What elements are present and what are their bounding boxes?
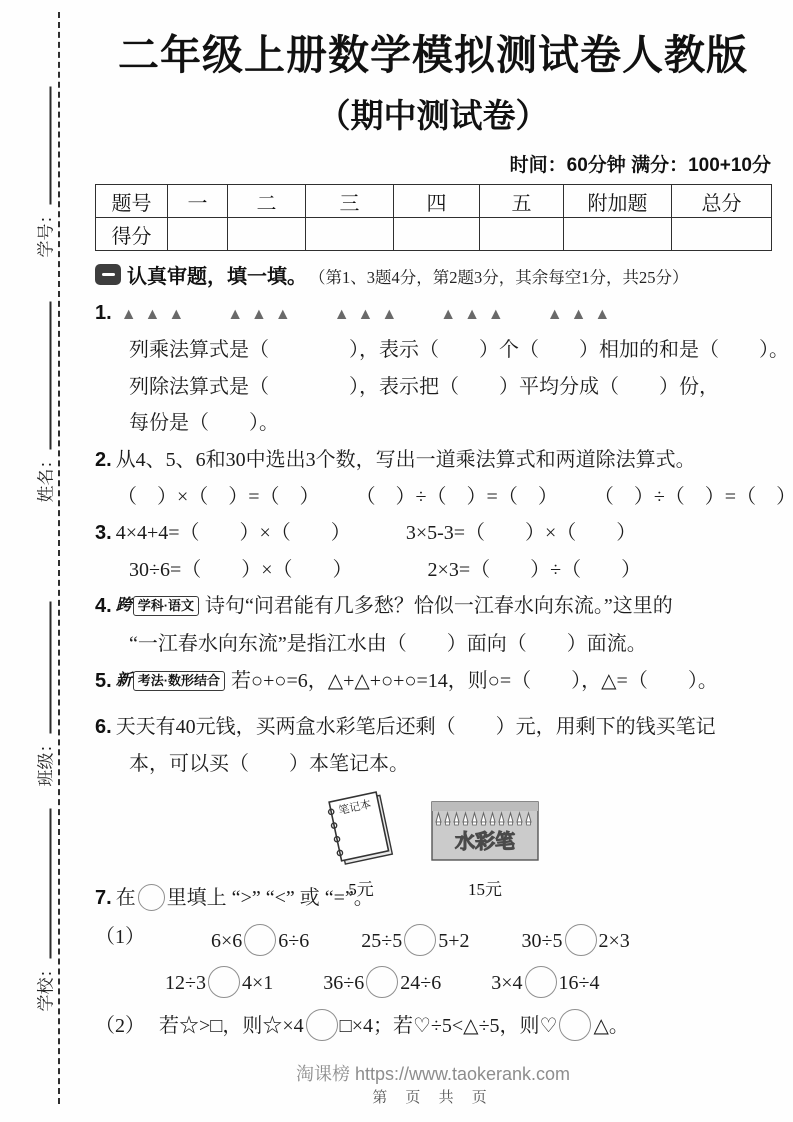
question-2-text: 2.从4、5、6和30中选出3个数，写出一道乘法算式和两道除法算式。: [95, 447, 771, 473]
q2-equation-3: （ ）÷（ ）=（ ）: [594, 484, 793, 510]
time-score-meta: 时间：60分钟 满分：100+10分: [95, 150, 771, 177]
score-empty-cell: [672, 218, 772, 251]
footer-watermark: 淘课榜 https://www.taokerank.com: [95, 1060, 771, 1086]
score-empty-cell: [228, 218, 306, 251]
page-title: 二年级上册数学模拟测试卷人教版: [95, 22, 771, 81]
q3-equation-4: 2×3=（ ）÷（ ）: [428, 559, 642, 581]
question-7-part2: （2）若☆>□，则☆×4□×4；若♡÷5<△÷5，则♡△。: [95, 1009, 771, 1041]
section-one-header: 认真审题，填一填。 （第1、3题4分，第2题3分，其余每空1分，共25分）: [95, 260, 771, 289]
section-one-title: 认真审题，填一填。: [127, 260, 307, 289]
question-1-figure: 1. ▲▲▲ ▲▲▲ ▲▲▲ ▲▲▲ ▲▲▲: [95, 300, 771, 328]
school-field: 学校：: [32, 809, 57, 1012]
class-blank: [35, 602, 51, 734]
question-3-line-1: 3.4×4+4=（ ）×（ ）3×5-3=（ ）×（ ）: [95, 520, 771, 546]
page-subtitle: （期中测试卷）: [95, 90, 771, 137]
answer-circle: [208, 966, 240, 998]
triangle-group-icon: ▲▲▲: [440, 306, 512, 323]
triangle-group-icon: ▲▲▲: [334, 306, 406, 323]
watercolor-box-label: 水彩笔: [455, 829, 515, 853]
question-1-line-3: 每份是（ ）。: [95, 410, 793, 436]
score-table-header-row: 题号 一 二 三 四 五 附加题 总分: [96, 185, 772, 218]
answer-circle: [244, 924, 276, 956]
score-header-cell: 题号: [96, 185, 168, 218]
question-6-line-2: 本，可以买（ ）本笔记本。: [95, 751, 793, 777]
question-1-line-2: 列除法算式是（ ），表示把（ ）平均分成（ ）份，: [95, 374, 793, 400]
q3-equation-3: 30÷6=（ ）×（ ）: [129, 559, 353, 581]
score-empty-cell: [306, 218, 394, 251]
score-header-cell: 二: [228, 185, 306, 218]
question-5-number: 5.: [95, 670, 112, 692]
q2-equation-1: （ ）×（ ）=（ ）: [117, 484, 320, 510]
answer-circle: [559, 1009, 591, 1041]
score-header-cell: 总分: [672, 185, 772, 218]
q2-equation-2: （ ）÷（ ）=（ ）: [356, 484, 558, 510]
student-id-field: 学号：: [32, 87, 57, 258]
student-id-label: 学号：: [37, 207, 56, 258]
part2-label: （2）: [95, 1015, 145, 1037]
question-2-number: 2.: [95, 449, 112, 471]
question-4-line-1: 4.跨学科·语文诗句“问君能有几多愁？恰似一江春水向东流。”这里的: [95, 593, 771, 619]
question-4-number: 4.: [95, 595, 112, 617]
triangle-group-icon: ▲▲▲: [547, 306, 619, 323]
score-empty-cell: [394, 218, 480, 251]
question-7-part1-row2: 12÷34×1 36÷624÷6 3×416÷4: [95, 966, 793, 998]
comparison-item: 6×66÷6: [211, 924, 309, 956]
answer-circle: [306, 1009, 338, 1041]
part1-label: （1）: [95, 924, 145, 956]
answer-circle: [565, 924, 597, 956]
question-6-line-1: 6.天天有40元钱，买两盒水彩笔后还剩（ ）元，用剩下的钱买笔记: [95, 714, 771, 740]
q3-equation-1: 4×4+4=（ ）×（ ）: [116, 522, 351, 544]
score-empty-cell: [480, 218, 564, 251]
question-3-number: 3.: [95, 522, 112, 544]
comparison-item: 3×416÷4: [491, 966, 599, 998]
question-5-text: 5.新考法·数形结合若○+○=6，△+△+○+○=14，则○=（ ），△=（ ）…: [95, 668, 771, 694]
question-4-line-2: “一江春水向东流”是指江水由（ ）面向（ ）面流。: [95, 631, 793, 657]
footer-page-indicator: 第 页 共 页: [95, 1086, 771, 1107]
test-paper-page: 学号： 姓名： 班级： 学校： 二年级上册数学模拟测试卷人教版 （期中测试卷） …: [0, 0, 793, 1122]
class-field: 班级：: [32, 602, 57, 787]
answer-circle: [138, 884, 165, 911]
student-id-blank: [35, 87, 51, 205]
name-label: 姓名：: [37, 452, 56, 503]
question-6-pictures: 笔记本 5元: [95, 786, 793, 900]
section-one-badge-icon: [95, 264, 121, 285]
cross-subject-badge: 跨学科·语文: [116, 593, 199, 619]
watercolor-pens-image: 水彩笔: [426, 796, 544, 868]
question-7-number: 7.: [95, 887, 112, 909]
score-header-cell: 一: [168, 185, 228, 218]
score-header-cell: 四: [394, 185, 480, 218]
question-2-equations: （ ）×（ ）=（ ） （ ）÷（ ）=（ ） （ ）÷（ ）=（ ）: [95, 484, 793, 510]
name-blank: [35, 302, 51, 450]
score-table-score-row: 得分: [96, 218, 772, 251]
triangle-group-icon: ▲▲▲: [121, 306, 193, 323]
answer-circle: [404, 924, 436, 956]
score-header-cell: 五: [480, 185, 564, 218]
paper-content: 二年级上册数学模拟测试卷人教版 （期中测试卷） 时间：60分钟 满分：100+1…: [95, 0, 771, 1122]
answer-circle: [366, 966, 398, 998]
answer-circle: [525, 966, 557, 998]
question-1-line-1: 列乘法算式是（ ），表示（ ）个（ ）相加的和是（ ）。: [95, 337, 793, 363]
q3-equation-2: 3×5-3=（ ）×（ ）: [406, 522, 637, 544]
notebook-image: 笔记本: [322, 786, 400, 868]
question-6-number: 6.: [95, 716, 112, 738]
triangle-group-icon: ▲▲▲: [227, 306, 299, 323]
notebook-item: 笔记本 5元: [322, 786, 400, 900]
comparison-item: 25÷55+2: [361, 924, 469, 956]
question-3-line-2: 30÷6=（ ）×（ ）2×3=（ ）÷（ ）: [95, 557, 793, 583]
question-1-number: 1.: [95, 302, 112, 324]
score-header-cell: 附加题: [564, 185, 672, 218]
cut-dashed-line: [58, 12, 60, 1104]
name-field: 姓名：: [32, 302, 57, 503]
score-header-cell: 三: [306, 185, 394, 218]
new-method-badge: 新考法·数形结合: [116, 668, 225, 694]
section-one-points-note: （第1、3题4分，第2题3分，其余每空1分，共25分）: [309, 264, 689, 288]
school-label: 学校：: [37, 961, 56, 1012]
school-blank: [35, 809, 51, 959]
footer-site-link[interactable]: 淘课榜 https://www.taokerank.com: [296, 1064, 570, 1084]
comparison-item: 30÷52×3: [522, 924, 630, 956]
comparison-item: 36÷624÷6: [323, 966, 441, 998]
score-table: 题号 一 二 三 四 五 附加题 总分 得分: [95, 184, 772, 251]
question-7-part1-row1: （1） 6×66÷6 25÷55+2 30÷52×3: [95, 924, 771, 956]
comparison-item: 12÷34×1: [165, 966, 273, 998]
score-row-label: 得分: [96, 218, 168, 251]
score-empty-cell: [564, 218, 672, 251]
class-label: 班级：: [37, 736, 56, 787]
score-empty-cell: [168, 218, 228, 251]
question-7-intro: 7.在里填上 “>” “<” 或 “=”。: [95, 884, 771, 911]
